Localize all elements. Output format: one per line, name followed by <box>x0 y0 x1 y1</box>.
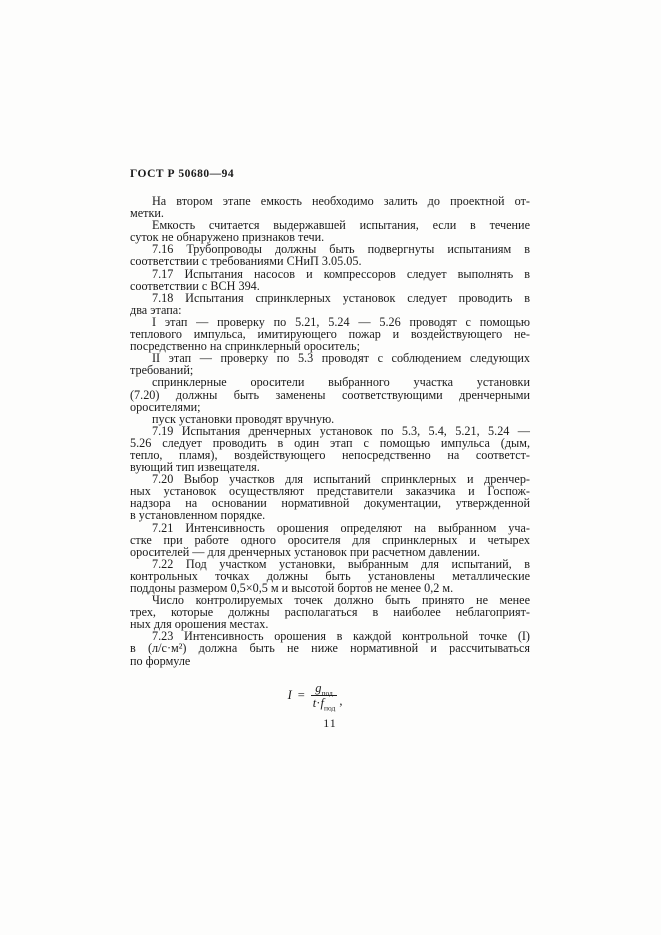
paragraph: 7.16 Трубопроводы должны быть подвергнут… <box>130 243 530 267</box>
paragraph: 7.18 Испытания спринклерных установок сл… <box>130 292 530 316</box>
paragraph: 7.22 Под участком установки, выбранным д… <box>130 558 530 594</box>
text-line: На втором этапе емкость необходимо залит… <box>130 195 530 207</box>
formula: I = gпод t·fпод , <box>130 682 500 709</box>
text-line: стке при работе одного оросителя для спр… <box>130 534 530 546</box>
formula-lhs: I <box>288 689 292 701</box>
formula-trailing-comma: , <box>339 695 342 709</box>
document-page: ГОСТ Р 50680—94 На втором этапе емкость … <box>0 0 661 935</box>
text-line: по формуле <box>130 655 530 667</box>
paragraph: пуск установки проводят вручную. <box>130 413 530 425</box>
paragraphs: На втором этапе емкость необходимо залит… <box>130 195 530 667</box>
text-line: (7.20) должны быть заменены соответствую… <box>130 389 530 401</box>
paragraph: спринклерные оросители выбранного участк… <box>130 376 530 412</box>
text-line: в установленном порядке. <box>130 509 530 521</box>
formula-fraction: gпод t·fпод <box>311 682 338 709</box>
paragraph: I этап — проверку по 5.21, 5.24 — 5.26 п… <box>130 316 530 352</box>
paragraph: II этап — проверку по 5.3 проводят с соб… <box>130 352 530 376</box>
paragraph: Емкость считается выдержавшей испытания,… <box>130 219 530 243</box>
paragraph: 7.23 Интенсивность орошения в каждой кон… <box>130 630 530 666</box>
text-line: 7.18 Испытания спринклерных установок сл… <box>130 292 530 304</box>
formula-denominator: t·fпод <box>311 696 338 709</box>
text-line: в (л/с·м²) должна быть не ниже нормативн… <box>130 642 530 654</box>
text-line: 7.17 Испытания насосов и компрессоров сл… <box>130 268 530 280</box>
paragraph: 7.17 Испытания насосов и компрессоров сл… <box>130 268 530 292</box>
standard-designation: ГОСТ Р 50680—94 <box>130 168 234 180</box>
text-line: оросителями; <box>130 401 530 413</box>
paragraph: Число контролируемых точек должно быть п… <box>130 594 530 630</box>
denominator-subscript: под <box>324 703 335 712</box>
paragraph: 7.20 Выбор участков для испытаний спринк… <box>130 473 530 521</box>
text-line: пуск установки проводят вручную. <box>130 413 530 425</box>
paragraph: На втором этапе емкость необходимо залит… <box>130 195 530 219</box>
text-line: соответствии с требованиями СНиП 3.05.05… <box>130 255 530 267</box>
paragraph: 7.21 Интенсивность орошения определяют н… <box>130 522 530 558</box>
text-line: спринклерные оросители выбранного участк… <box>130 376 530 388</box>
text-line: 7.21 Интенсивность орошения определяют н… <box>130 522 530 534</box>
page-number: 11 <box>130 716 530 731</box>
formula-equals-sign: = <box>298 689 305 701</box>
document-body: На втором этапе емкость необходимо залит… <box>130 195 530 709</box>
text-line: оросителей — для дренчерных установок пр… <box>130 546 530 558</box>
paragraph: 7.19 Испытания дренчерных установок по 5… <box>130 425 530 473</box>
text-line: соответствии с ВСН 394. <box>130 280 530 292</box>
formula-numerator: gпод <box>311 682 337 696</box>
